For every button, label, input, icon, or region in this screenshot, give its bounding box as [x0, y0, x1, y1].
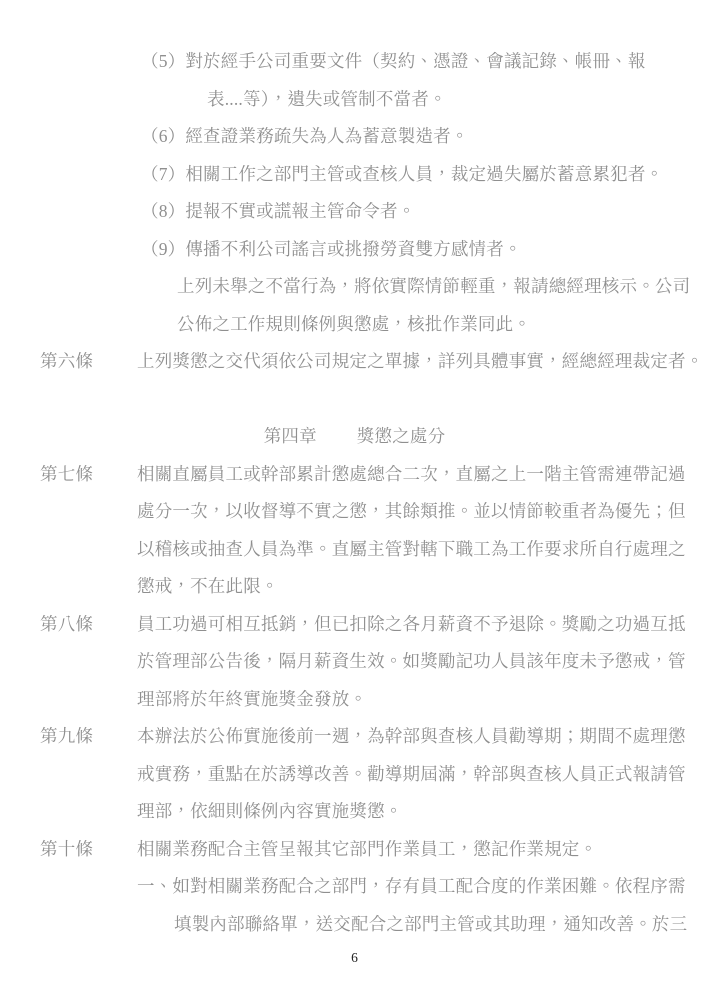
article-body-line: 本辦法於公佈實施後前一週，為幹部與查核人員勸導期；期間不處理懲 [0, 718, 709, 756]
article-10-sub-item: 一、如對相關業務配合之部門，存有員工配合度的作業困難。依程序需 [0, 868, 709, 906]
article-body-line: 員工功過可相互抵銷，但已扣除之各月薪資不予退除。獎勵之功過互抵 [0, 606, 709, 644]
article-label: 第十條 [40, 831, 93, 869]
list-item-7: （7）相關工作之部門主管或查核人員，裁定過失屬於蓄意累犯者。 [0, 156, 709, 194]
article-label: 第九條 [40, 718, 93, 756]
article-7-line-3: 以稽核或抽查人員為準。直屬主管對轄下職工為工作要求所自行處理之 [0, 531, 709, 569]
article-body-line: 上列獎懲之交代須依公司規定之單據，詳列具體事實，經總經理裁定者。 [0, 343, 709, 381]
list-item-text: 提報不實或謊報主管命令者。 [185, 201, 415, 221]
list-item-number: （8） [141, 201, 185, 221]
article-body-line: 相關業務配合主管呈報其它部門作業員工，懲記作業規定。 [0, 831, 709, 869]
article-9-line-2: 戒實務，重點在於誘導改善。勸導期屆滿，幹部與查核人員正式報請管 [0, 756, 709, 794]
list-item-text: 經查證業務疏失為人為蓄意製造者。 [185, 126, 468, 146]
article-6: 第六條 上列獎懲之交代須依公司規定之單據，詳列具體事實，經總經理裁定者。 [0, 343, 709, 381]
article-10-sub-item-continuation: 填製內部聯絡單，送交配合之部門主管或其助理，通知改善。於三 [0, 906, 709, 944]
list-item-number: （6） [141, 126, 185, 146]
chapter-heading: 第四章獎懲之處分 [0, 418, 709, 456]
list-item-text: 傳播不利公司謠言或挑撥勞資雙方感情者。 [185, 239, 521, 259]
article-8-line-2: 於管理部公告後，隔月薪資生效。如獎勵記功人員該年度未予懲戒，管 [0, 643, 709, 681]
closing-note-line-2: 公佈之工作規則條例與懲處，核批作業同此。 [0, 306, 709, 344]
blank-line [0, 381, 709, 419]
article-9: 第九條 本辦法於公佈實施後前一週，為幹部與查核人員勸導期；期間不處理懲 [0, 718, 709, 756]
list-item-5-continuation: 表....等），遺失或管制不當者。 [0, 81, 709, 119]
list-item-text: 表....等），遺失或管制不當者。 [207, 89, 447, 109]
article-body-line: 相關直屬員工或幹部累計懲處總合二次，直屬之上一階主管需連帶記過 [0, 456, 709, 494]
list-item-number: （7） [141, 164, 185, 184]
article-8: 第八條 員工功過可相互抵銷，但已扣除之各月薪資不予退除。獎勵之功過互抵 [0, 606, 709, 644]
sub-item-text: 如對相關業務配合之部門，存有員工配合度的作業困難。依程序需 [172, 876, 685, 896]
chapter-title: 獎懲之處分 [357, 426, 446, 446]
list-item-text: 相關工作之部門主管或查核人員，裁定過失屬於蓄意累犯者。 [185, 164, 663, 184]
article-label: 第八條 [40, 606, 93, 644]
page-number: 6 [0, 950, 709, 966]
list-item-5: （5）對於經手公司重要文件（契約、憑證、會議記錄、帳冊、報 [0, 43, 709, 81]
sub-item-number: 一、 [137, 876, 172, 896]
article-8-line-3: 理部將於年終實施獎金發放。 [0, 681, 709, 719]
document-body: （5）對於經手公司重要文件（契約、憑證、會議記錄、帳冊、報 表....等），遺失… [0, 0, 709, 943]
document-page: （5）對於經手公司重要文件（契約、憑證、會議記錄、帳冊、報 表....等），遺失… [0, 0, 709, 1006]
list-item-number: （9） [141, 239, 185, 259]
article-label: 第七條 [40, 456, 93, 494]
chapter-number: 第四章 [264, 426, 317, 446]
list-item-8: （8）提報不實或謊報主管命令者。 [0, 193, 709, 231]
article-7-line-2: 處分一次，以收督導不實之懲，其餘類推。並以情節較重者為優先；但 [0, 493, 709, 531]
list-item-number: （5） [141, 51, 185, 71]
article-7-line-4: 懲戒，不在此限。 [0, 568, 709, 606]
article-9-line-3: 理部，依細則條例內容實施獎懲。 [0, 793, 709, 831]
article-label: 第六條 [40, 343, 93, 381]
list-item-text: 對於經手公司重要文件（契約、憑證、會議記錄、帳冊、報 [185, 51, 645, 71]
closing-note-line-1: 上列未舉之不當行為，將依實際情節輕重，報請總經理核示。公司 [0, 268, 709, 306]
list-item-9: （9）傳播不利公司謠言或挑撥勞資雙方感情者。 [0, 231, 709, 269]
article-10: 第十條 相關業務配合主管呈報其它部門作業員工，懲記作業規定。 [0, 831, 709, 869]
article-7: 第七條 相關直屬員工或幹部累計懲處總合二次，直屬之上一階主管需連帶記過 [0, 456, 709, 494]
list-item-6: （6）經查證業務疏失為人為蓄意製造者。 [0, 118, 709, 156]
